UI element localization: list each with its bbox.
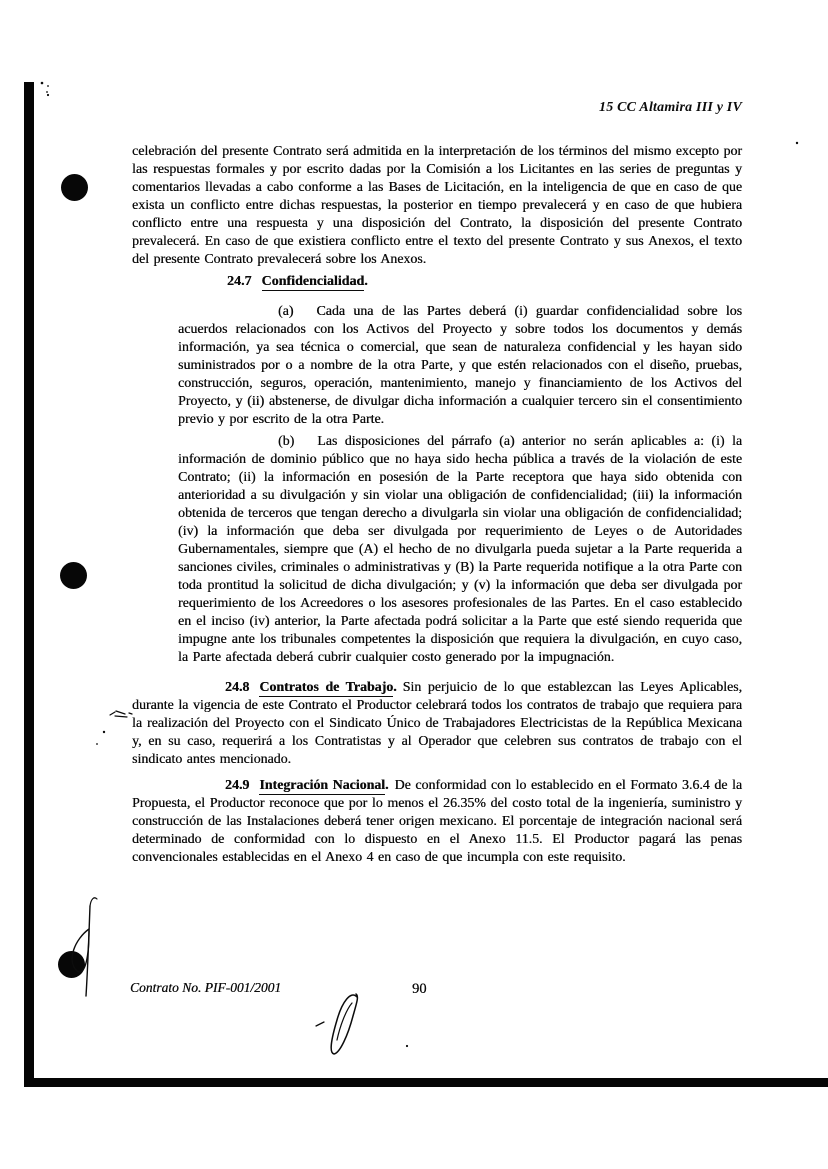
ink-speck	[96, 743, 98, 745]
section-24-9-paragraph: 24.9Integración Nacional.De conformidad …	[132, 777, 742, 867]
margin-scribble-icon	[110, 711, 132, 717]
intro-paragraph: celebración del presente Contrato será a…	[132, 143, 742, 269]
scan-edge-left	[24, 82, 34, 1087]
heading-period: .	[385, 778, 388, 793]
ink-speck	[406, 1045, 408, 1047]
paragraph-text: Cada una de las Partes deberá (i) guarda…	[178, 304, 742, 427]
footer-contract-number: Contrato No. PIF-001/2001	[130, 980, 281, 996]
section-title: Integración Nacional	[259, 778, 385, 795]
text-column: 15 CC Altamira III y IV celebración del …	[132, 0, 742, 867]
footer-page-number: 90	[412, 981, 427, 998]
pen-squiggle-icon	[331, 994, 357, 1054]
punch-hole-icon	[61, 174, 88, 201]
punch-hole-icon	[58, 951, 85, 978]
section-24-8-paragraph: 24.8Contratos de Trabajo.Sin perjuicio d…	[132, 679, 742, 769]
pen-squiggle-icon	[337, 1003, 352, 1040]
ink-speck	[47, 85, 49, 87]
scanned-contract-page: 15 CC Altamira III y IV celebración del …	[0, 0, 828, 1169]
pen-dash-icon	[316, 1022, 324, 1026]
section-title: Confidencialidad	[262, 274, 365, 291]
confidentiality-paragraph-a: (a)Cada una de las Partes deberá (i) gua…	[178, 303, 742, 429]
scan-edge-bottom	[24, 1078, 828, 1087]
page-footer: Contrato No. PIF-001/2001 90	[130, 980, 740, 1000]
confidentiality-paragraph-b: (b)Las disposiciones del párrafo (a) ant…	[178, 433, 742, 667]
heading-period: .	[364, 274, 368, 289]
section-24-7-heading: 24.7Confidencialidad.	[227, 273, 742, 291]
ink-speck	[46, 91, 48, 93]
pen-loop-icon	[86, 906, 90, 996]
section-body: Sin perjuicio de lo que establezcan las …	[132, 680, 742, 767]
ink-speck	[103, 731, 105, 733]
section-number: 24.8	[225, 680, 249, 695]
section-number: 24.7	[227, 274, 252, 289]
heading-period: .	[393, 680, 396, 695]
ink-speck	[796, 142, 798, 144]
section-title: Contratos de Trabajo	[259, 680, 393, 697]
ink-speck	[41, 82, 44, 85]
ink-speck	[47, 94, 49, 96]
pen-loop-icon	[90, 898, 97, 906]
punch-hole-icon	[60, 562, 87, 589]
section-number: 24.9	[225, 778, 249, 793]
page-header-reference: 15 CC Altamira III y IV	[132, 100, 742, 118]
section-body: De conformidad con lo establecido en el …	[132, 778, 742, 865]
paragraph-label: (b)	[278, 434, 294, 449]
paragraph-label: (a)	[278, 304, 293, 319]
paragraph-text: Las disposiciones del párrafo (a) anteri…	[178, 434, 742, 665]
